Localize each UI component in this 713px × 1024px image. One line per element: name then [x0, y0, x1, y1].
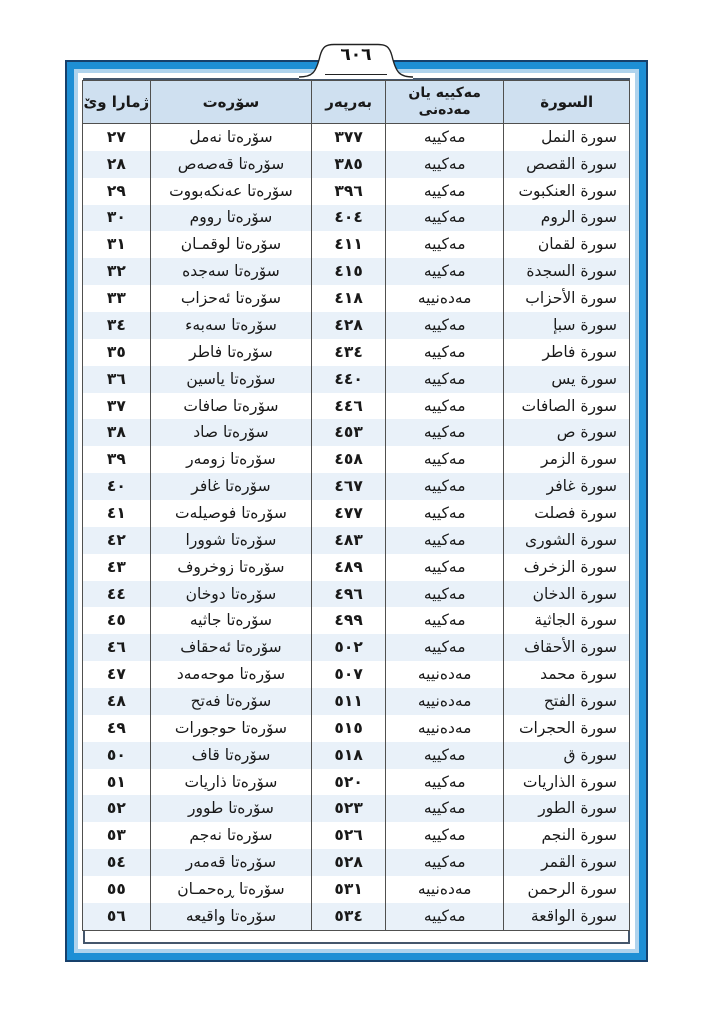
surah-kurdish-name: سۆرەتا نەجم [150, 822, 312, 849]
surah-number: ٥٣ [83, 822, 150, 849]
revelation-type: مەدەنييە [385, 715, 503, 742]
table-row: سورة محمد مەدەنييە ٥٠٧ سۆرەتا موحەمەد ٤٧ [83, 661, 629, 688]
revelation-type: مەكييە [385, 231, 503, 258]
surah-number: ٥١ [83, 769, 150, 796]
surah-arabic-name: سورة الزمر [503, 446, 629, 473]
table-row: سورة الطور مەكييە ٥٢٣ سۆرەتا طوور ٥٢ [83, 795, 629, 822]
surah-number: ٤٨ [83, 688, 150, 715]
surah-arabic-name: سورة الأحزاب [503, 285, 629, 312]
surah-kurdish-name: سۆرەتا نەمل [150, 124, 312, 151]
revelation-type: مەدەنييە [385, 876, 503, 903]
page-number-value: ٤٤٦ [311, 393, 385, 420]
revelation-type: مەكييە [385, 849, 503, 876]
revelation-type: مەكييە [385, 419, 503, 446]
surah-arabic-name: سورة غافر [503, 473, 629, 500]
surah-kurdish-name: سۆرەتا واقيعە [150, 903, 312, 930]
surah-arabic-name: سورة الفتح [503, 688, 629, 715]
table-row: سورة السجدة مەكييە ٤١٥ سۆرەتا سەجدە ٣٢ [83, 258, 629, 285]
page-number-tab: ٦٠٦ [299, 42, 413, 79]
page-number: ٦٠٦ [299, 47, 413, 64]
surah-number: ٣٧ [83, 393, 150, 420]
table-row: سورة فصلت مەكييە ٤٧٧ سۆرەتا فوصيلەت ٤١ [83, 500, 629, 527]
page-number-value: ٣٧٧ [311, 124, 385, 151]
revelation-type: مەكييە [385, 903, 503, 930]
table-row: سورة النمل مەكييە ٣٧٧ سۆرەتا نەمل ٢٧ [83, 124, 629, 151]
surah-kurdish-name: سۆرەتا فاطر [150, 339, 312, 366]
revelation-type: مەكييە [385, 822, 503, 849]
revelation-type: مەكييە [385, 312, 503, 339]
table-row: سورة ص مەكييە ٤٥٣ سۆرەتا صاد ٣٨ [83, 419, 629, 446]
surah-kurdish-name: سۆرەتا غافر [150, 473, 312, 500]
surah-kurdish-name: سۆرەتا ياسين [150, 366, 312, 393]
page-number-value: ٤٨٣ [311, 527, 385, 554]
surah-number: ٤٧ [83, 661, 150, 688]
page-number-value: ٥١١ [311, 688, 385, 715]
surah-arabic-name: سورة النجم [503, 822, 629, 849]
header-surah-kurdish: سۆرەت [150, 81, 312, 123]
book-page: ٦٠٦ السورة مەكييە يان مەدەنی بەرپەر سۆرە… [0, 0, 713, 1024]
revelation-type: مەكييە [385, 742, 503, 769]
surah-kurdish-name: سۆرەتا قەصەص [150, 151, 312, 178]
surah-kurdish-name: سۆرەتا ذاريات [150, 769, 312, 796]
table-row: سورة الشورى مەكييە ٤٨٣ سۆرەتا شوورا ٤٢ [83, 527, 629, 554]
surah-kurdish-name: سۆرەتا طوور [150, 795, 312, 822]
surah-kurdish-name: سۆرەتا لوقمـان [150, 231, 312, 258]
revelation-type: مەكييە [385, 205, 503, 232]
header-page: بەرپەر [311, 81, 385, 123]
page-number-value: ٥٢٨ [311, 849, 385, 876]
page-number-value: ٤١٨ [311, 285, 385, 312]
table-row: سورة الزخرف مەكييە ٤٨٩ سۆرەتا زوخروف ٤٣ [83, 554, 629, 581]
surah-number: ٤٠ [83, 473, 150, 500]
surah-kurdish-name: سۆرەتا زومەر [150, 446, 312, 473]
table-row: سورة الواقعة مەكييە ٥٣٤ سۆرەتا واقيعە ٥٦ [83, 903, 629, 930]
surah-number: ٢٩ [83, 178, 150, 205]
surah-kurdish-name: سۆرەتا شوورا [150, 527, 312, 554]
revelation-type: مەكييە [385, 634, 503, 661]
surah-kurdish-name: سۆرەتا ڕەحمـان [150, 876, 312, 903]
surah-number: ٤٣ [83, 554, 150, 581]
table-body: سورة النمل مەكييە ٣٧٧ سۆرەتا نەمل ٢٧ سور… [83, 124, 629, 930]
surah-kurdish-name: سۆرەتا جاثيە [150, 607, 312, 634]
surah-arabic-name: سورة الواقعة [503, 903, 629, 930]
page-number-value: ٤٧٧ [311, 500, 385, 527]
page-number-value: ٤٩٦ [311, 581, 385, 608]
revelation-type: مەكييە [385, 527, 503, 554]
surah-arabic-name: سورة الشورى [503, 527, 629, 554]
page-number-value: ٣٩٦ [311, 178, 385, 205]
surah-arabic-name: سورة ص [503, 419, 629, 446]
revelation-type: مەكييە [385, 581, 503, 608]
page-number-value: ٥١٨ [311, 742, 385, 769]
header-revelation-type: مەكييە يان مەدەنی [385, 81, 503, 123]
surah-number: ٤٦ [83, 634, 150, 661]
table-row: سورة سبإ مەكييە ٤٢٨ سۆرەتا سەبەء ٣٤ [83, 312, 629, 339]
table-row: سورة الصافات مەكييە ٤٤٦ سۆرەتا صافات ٣٧ [83, 393, 629, 420]
surah-kurdish-name: سۆرەتا سەجدە [150, 258, 312, 285]
surah-arabic-name: سورة فاطر [503, 339, 629, 366]
table-row: سورة غافر مەكييە ٤٦٧ سۆرەتا غافر ٤٠ [83, 473, 629, 500]
revelation-type: مەكييە [385, 554, 503, 581]
surah-kurdish-name: سۆرەتا صافات [150, 393, 312, 420]
surah-arabic-name: سورة الروم [503, 205, 629, 232]
table-row: سورة الأحقاف مەكييە ٥٠٢ سۆرەتا ئەحقاف ٤٦ [83, 634, 629, 661]
surah-number: ٥٦ [83, 903, 150, 930]
surah-number: ٣٨ [83, 419, 150, 446]
table-row: سورة ق مەكييە ٥١٨ سۆرەتا قاف ٥٠ [83, 742, 629, 769]
table-row: سورة الجاثية مەكييە ٤٩٩ سۆرەتا جاثيە ٤٥ [83, 607, 629, 634]
page-number-value: ٥١٥ [311, 715, 385, 742]
page-number-value: ٥٣١ [311, 876, 385, 903]
header-revelation-line2: مەدەنی [419, 102, 471, 119]
surah-arabic-name: سورة لقمان [503, 231, 629, 258]
surah-number: ٣٥ [83, 339, 150, 366]
surah-arabic-name: سورة الرحمن [503, 876, 629, 903]
page-number-value: ٣٨٥ [311, 151, 385, 178]
table-row: سورة العنكبوت مەكييە ٣٩٦ سۆرەتا عەنكەبوو… [83, 178, 629, 205]
surah-number: ٣٦ [83, 366, 150, 393]
surah-number: ٣٤ [83, 312, 150, 339]
surah-kurdish-name: سۆرەتا حوجورات [150, 715, 312, 742]
surah-number: ٤٤ [83, 581, 150, 608]
surah-number: ٣١ [83, 231, 150, 258]
page-number-value: ٥٠٧ [311, 661, 385, 688]
surah-number: ٥٠ [83, 742, 150, 769]
surah-number: ٢٨ [83, 151, 150, 178]
table-row: سورة الفتح مەدەنييە ٥١١ سۆرەتا فەتح ٤٨ [83, 688, 629, 715]
page-number-value: ٤٦٧ [311, 473, 385, 500]
surah-arabic-name: سورة القصص [503, 151, 629, 178]
page-number-value: ٥٢٦ [311, 822, 385, 849]
surah-arabic-name: سورة الطور [503, 795, 629, 822]
surah-arabic-name: سورة يس [503, 366, 629, 393]
table-row: سورة الأحزاب مەدەنييە ٤١٨ سۆرەتا ئەحزاب … [83, 285, 629, 312]
surah-arabic-name: سورة العنكبوت [503, 178, 629, 205]
revelation-type: مەدەنييە [385, 285, 503, 312]
surah-arabic-name: سورة الزخرف [503, 554, 629, 581]
table-row: سورة القمر مەكييە ٥٢٨ سۆرەتا قەمەر ٥٤ [83, 849, 629, 876]
table-row: سورة يس مەكييە ٤٤٠ سۆرەتا ياسين ٣٦ [83, 366, 629, 393]
revelation-type: مەكييە [385, 151, 503, 178]
surah-number: ٤٢ [83, 527, 150, 554]
surah-number: ٥٥ [83, 876, 150, 903]
surah-arabic-name: سورة الصافات [503, 393, 629, 420]
header-surah-arabic: السورة [503, 81, 629, 123]
table-header-row: السورة مەكييە يان مەدەنی بەرپەر سۆرەت ژم… [83, 81, 629, 124]
table-row: سورة الذاريات مەكييە ٥٢٠ سۆرەتا ذاريات ٥… [83, 769, 629, 796]
surah-index-table: السورة مەكييە يان مەدەنی بەرپەر سۆرەت ژم… [82, 80, 630, 931]
revelation-type: مەكييە [385, 473, 503, 500]
revelation-type: مەكييە [385, 258, 503, 285]
surah-arabic-name: سورة الجاثية [503, 607, 629, 634]
table-row: سورة الرحمن مەدەنييە ٥٣١ سۆرەتا ڕەحمـان … [83, 876, 629, 903]
revelation-type: مەكييە [385, 366, 503, 393]
surah-arabic-name: سورة الحجرات [503, 715, 629, 742]
page-number-value: ٥٢٣ [311, 795, 385, 822]
header-revelation-line1: مەكييە يان [408, 85, 481, 102]
page-number-value: ٤٣٤ [311, 339, 385, 366]
surah-number: ٢٧ [83, 124, 150, 151]
surah-number: ٣٩ [83, 446, 150, 473]
table-row: سورة الروم مەكييە ٤٠٤ سۆرەتا رووم ٣٠ [83, 205, 629, 232]
revelation-type: مەكييە [385, 607, 503, 634]
table-row: سورة النجم مەكييە ٥٢٦ سۆرەتا نەجم ٥٣ [83, 822, 629, 849]
surah-kurdish-name: سۆرەتا رووم [150, 205, 312, 232]
surah-kurdish-name: سۆرەتا فەتح [150, 688, 312, 715]
surah-number: ٥٢ [83, 795, 150, 822]
table-row: سورة القصص مەكييە ٣٨٥ سۆرەتا قەصەص ٢٨ [83, 151, 629, 178]
surah-arabic-name: سورة سبإ [503, 312, 629, 339]
revelation-type: مەكييە [385, 500, 503, 527]
surah-kurdish-name: سۆرەتا عەنكەبووت [150, 178, 312, 205]
surah-arabic-name: سورة الأحقاف [503, 634, 629, 661]
table-row: سورة لقمان مەكييە ٤١١ سۆرەتا لوقمـان ٣١ [83, 231, 629, 258]
page-number-value: ٥٠٢ [311, 634, 385, 661]
surah-number: ٣٢ [83, 258, 150, 285]
revelation-type: مەكييە [385, 178, 503, 205]
revelation-type: مەكييە [385, 446, 503, 473]
table-row: سورة الزمر مەكييە ٤٥٨ سۆرەتا زومەر ٣٩ [83, 446, 629, 473]
surah-kurdish-name: سۆرەتا زوخروف [150, 554, 312, 581]
header-surah-number: ژمارا وێ [83, 81, 150, 123]
page-number-value: ٥٢٠ [311, 769, 385, 796]
surah-arabic-name: سورة الدخان [503, 581, 629, 608]
table-row: سورة فاطر مەكييە ٤٣٤ سۆرەتا فاطر ٣٥ [83, 339, 629, 366]
surah-kurdish-name: سۆرەتا قەمەر [150, 849, 312, 876]
surah-kurdish-name: سۆرەتا صاد [150, 419, 312, 446]
surah-number: ٥٤ [83, 849, 150, 876]
surah-kurdish-name: سۆرەتا قاف [150, 742, 312, 769]
surah-arabic-name: سورة الذاريات [503, 769, 629, 796]
surah-arabic-name: سورة النمل [503, 124, 629, 151]
revelation-type: مەكييە [385, 769, 503, 796]
surah-kurdish-name: سۆرەتا ئەحزاب [150, 285, 312, 312]
surah-kurdish-name: سۆرەتا ئەحقاف [150, 634, 312, 661]
page-number-underline [325, 74, 387, 75]
page-number-value: ٤١٥ [311, 258, 385, 285]
revelation-type: مەدەنييە [385, 688, 503, 715]
revelation-type: مەكييە [385, 393, 503, 420]
page-number-value: ٤٠٤ [311, 205, 385, 232]
revelation-type: مەدەنييە [385, 661, 503, 688]
table-row: سورة الحجرات مەدەنييە ٥١٥ سۆرەتا حوجورات… [83, 715, 629, 742]
page-number-value: ٤٢٨ [311, 312, 385, 339]
table-row: سورة الدخان مەكييە ٤٩٦ سۆرەتا دوخان ٤٤ [83, 581, 629, 608]
page-number-value: ٤١١ [311, 231, 385, 258]
page-number-value: ٥٣٤ [311, 903, 385, 930]
surah-arabic-name: سورة فصلت [503, 500, 629, 527]
surah-kurdish-name: سۆرەتا دوخان [150, 581, 312, 608]
revelation-type: مەكييە [385, 339, 503, 366]
page-number-value: ٤٩٩ [311, 607, 385, 634]
surah-kurdish-name: سۆرەتا سەبەء [150, 312, 312, 339]
page-number-value: ٤٤٠ [311, 366, 385, 393]
page-number-value: ٤٥٨ [311, 446, 385, 473]
surah-arabic-name: سورة القمر [503, 849, 629, 876]
page-number-value: ٤٥٣ [311, 419, 385, 446]
surah-number: ٤٥ [83, 607, 150, 634]
surah-kurdish-name: سۆرەتا فوصيلەت [150, 500, 312, 527]
surah-arabic-name: سورة محمد [503, 661, 629, 688]
surah-number: ٤١ [83, 500, 150, 527]
surah-arabic-name: سورة السجدة [503, 258, 629, 285]
page-number-value: ٤٨٩ [311, 554, 385, 581]
revelation-type: مەكييە [385, 124, 503, 151]
surah-number: ٣٠ [83, 205, 150, 232]
surah-kurdish-name: سۆرەتا موحەمەد [150, 661, 312, 688]
surah-arabic-name: سورة ق [503, 742, 629, 769]
surah-number: ٣٣ [83, 285, 150, 312]
surah-number: ٤٩ [83, 715, 150, 742]
revelation-type: مەكييە [385, 795, 503, 822]
